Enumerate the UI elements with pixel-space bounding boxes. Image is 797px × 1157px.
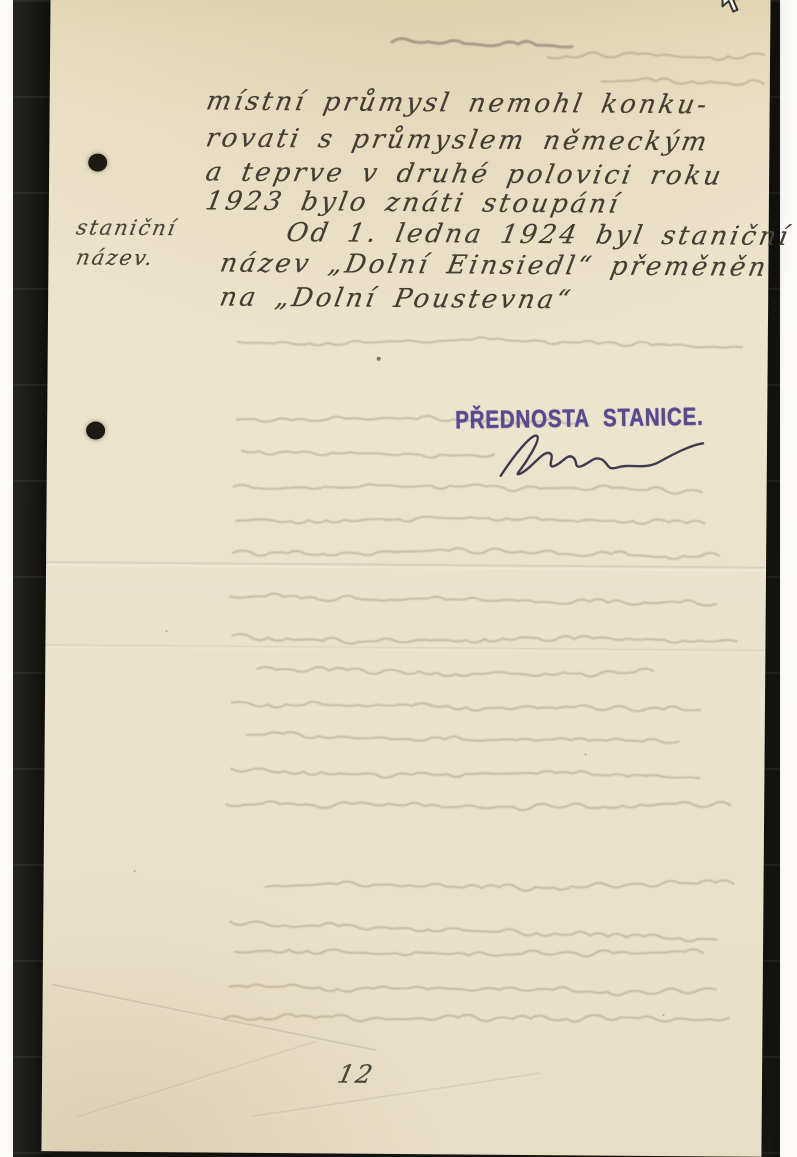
page-number: 12 <box>335 1060 377 1089</box>
signature-icon <box>495 430 710 480</box>
fold-crease-horizontal-2 <box>45 644 765 654</box>
handwritten-line: místní průmysl nemohl konku- <box>204 86 712 120</box>
handwritten-line: Od 1. ledna 1924 byl staniční <box>284 218 793 252</box>
crease-bottom-corner <box>77 1041 316 1119</box>
punch-hole-bottom <box>86 421 105 439</box>
microfilm-scan-viewport: staniční název. místní průmysl nemohl ko… <box>0 0 797 1157</box>
crease-under-page-number <box>253 1072 540 1118</box>
arrow-cursor-icon <box>714 0 748 17</box>
fold-crease-horizontal-1 <box>46 561 766 572</box>
handwritten-line: název „Dolní Einsiedl“ přeměněn <box>218 249 771 283</box>
margin-note-line-1: staniční <box>74 215 178 240</box>
document-paper: staniční název. místní průmysl nemohl ko… <box>41 0 770 1157</box>
handwritten-line: rovati s průmyslem německým <box>204 123 712 157</box>
punch-hole-top <box>88 153 107 171</box>
margin-note-line-2: název. <box>74 245 156 270</box>
crease-bottom-left <box>51 984 375 1052</box>
handwritten-line: na „Dolní Poustevna“ <box>217 283 575 316</box>
handwritten-line: 1923 bylo znáti stoupání <box>203 186 623 219</box>
